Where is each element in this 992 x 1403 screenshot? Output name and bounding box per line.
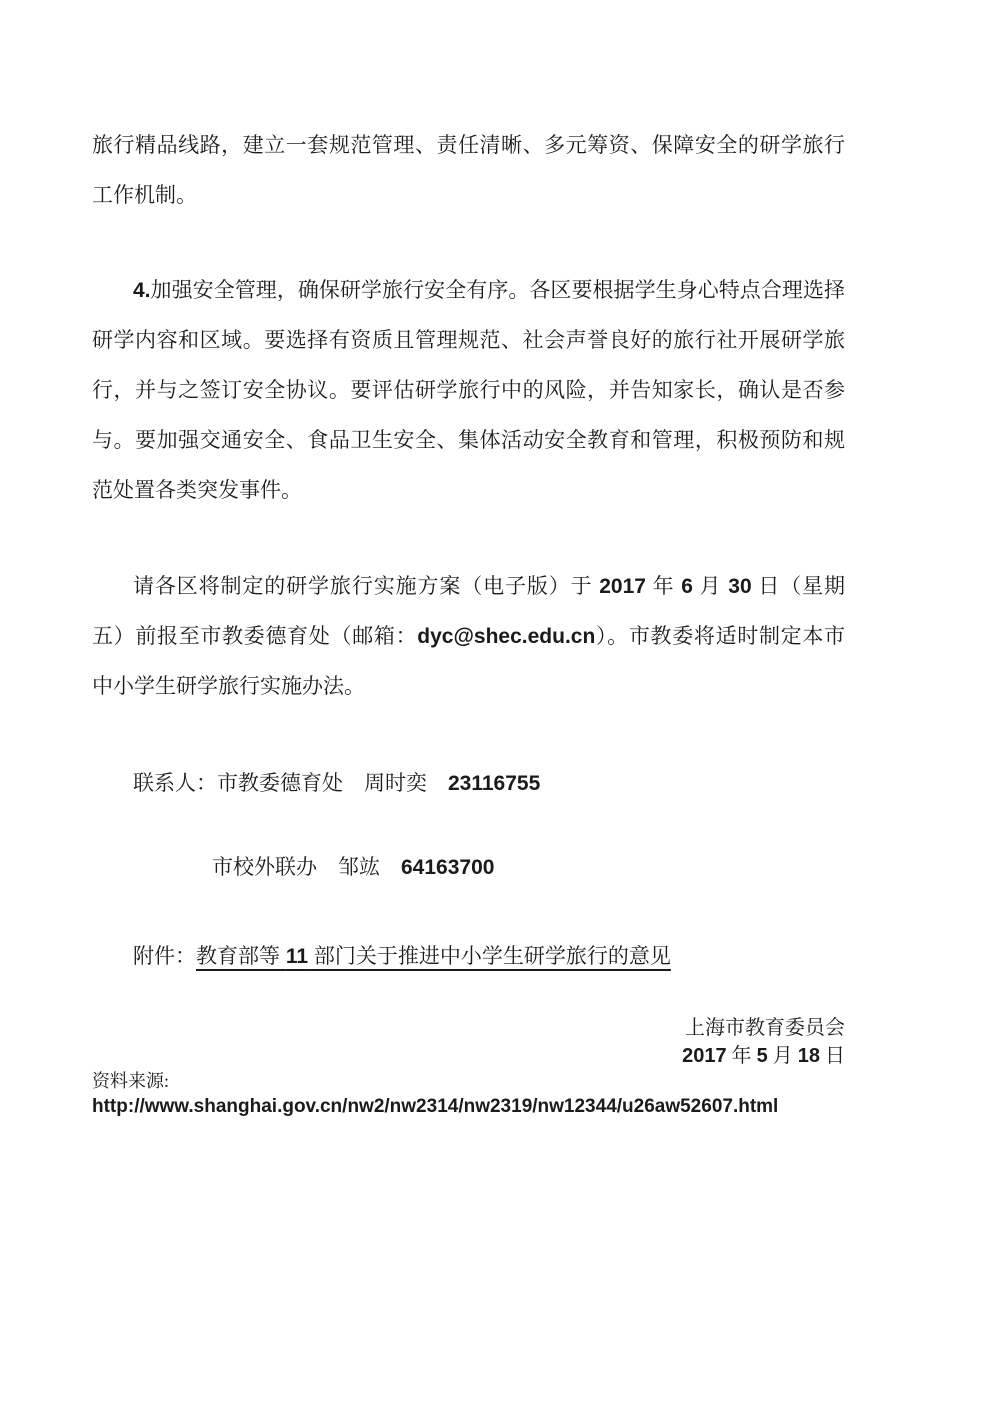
attachment-line: 附件：教育部等 11 部门关于推进中小学生研学旅行的意见 [92,932,845,982]
paragraph-submission-deadline: 请各区将制定的研学旅行实施方案（电子版）于 2017 年 6 月 30 日（星期… [92,562,845,712]
paragraph-work-mechanism: 旅行精品线路，建立一套规范管理、责任清晰、多元筹资、保障安全的研学旅行工作机制。 [92,121,845,221]
attachment-label: 附件： [133,945,196,968]
signature-date: 2017 年 5 月 18 日 [682,1042,845,1070]
signature-organization: 上海市教育委员会 [682,1014,845,1042]
source-url: http://www.shanghai.gov.cn/nw2/nw2314/nw… [92,1094,778,1120]
source-label: 资料来源: [92,1068,778,1094]
attachment-link[interactable]: 教育部等 11 部门关于推进中小学生研学旅行的意见 [196,945,671,968]
contact-line-deyu-office: 联系人：市教委德育处 周时奕 23116755 [92,759,845,809]
document-page: 旅行精品线路，建立一套规范管理、责任清晰、多元筹资、保障安全的研学旅行工作机制。… [0,0,992,1403]
signature-block: 上海市教育委员会 2017 年 5 月 18 日 [682,1014,845,1070]
source-block: 资料来源: http://www.shanghai.gov.cn/nw2/nw2… [92,1068,778,1120]
paragraph-safety-management: 4.加强安全管理，确保研学旅行安全有序。各区要根据学生身心特点合理选择研学内容和… [92,266,845,516]
contact-line-xiaowai-office: 市校外联办 邹竑 64163700 [92,843,845,893]
